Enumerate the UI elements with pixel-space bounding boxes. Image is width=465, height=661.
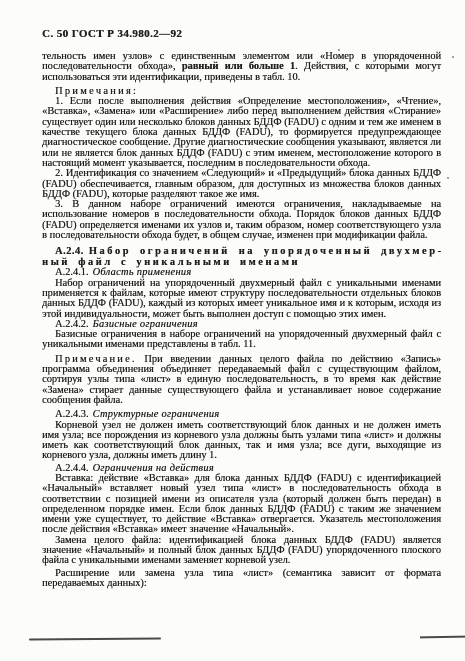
paragraph-a241: Набор ограничений на упорядоченный двухм… <box>42 279 441 320</box>
page-header: С. 50 ГОСТ Р 34.980.2—92 <box>42 28 182 40</box>
scan-artifact-line-left <box>29 638 161 641</box>
scan-noise-dot <box>452 56 454 58</box>
continuation-paragraph: тельность имен узлов» с единственным эле… <box>42 52 441 83</box>
scan-noise-dot <box>338 49 340 51</box>
subsection-number: А.2.4.1. <box>55 267 88 278</box>
note-item-1: 1. Если после выполнения действия «Опред… <box>42 97 441 169</box>
section-number: А.2.4. <box>55 246 84 257</box>
paragraph-a242: Базисные ограничения в наборе ограничени… <box>42 330 441 351</box>
section-heading-a24: А.2.4.Набор ограничений на упорядоченный… <box>42 246 441 268</box>
note-paragraph-a242: Примечание. При введении данных целого ф… <box>42 355 441 406</box>
document-content: тельность имен узлов» с единственным эле… <box>42 52 441 589</box>
subsection-title: Область применения <box>92 267 191 278</box>
note-item-3: 3. В данном наборе ограничений имеются о… <box>42 200 441 241</box>
scanned-document-page: С. 50 ГОСТ Р 34.980.2—92 тельность имен … <box>0 0 465 661</box>
paragraph-a244-extend: Расширение или замена узла типа «лист» (… <box>42 569 441 590</box>
note-item-2: 2. Идентификация со значением «Следующий… <box>42 169 441 200</box>
section-title: Набор ограничений на упорядоченный двухм… <box>42 246 441 268</box>
scan-artifact-line-right <box>420 636 465 638</box>
paragraph-a243: Корневой узел не должен иметь соответств… <box>42 421 441 462</box>
scan-noise-dot <box>447 177 449 179</box>
subsection-title: Структурные ограничения <box>92 409 219 420</box>
paragraph-a244-insert: Вставка: действие «Вставка» для блока да… <box>42 474 441 536</box>
paragraph-a244-replace: Замена целого файла: идентификацией блок… <box>42 536 441 567</box>
subsection-heading-a243: А.2.4.3.Структурные ограничения <box>42 410 441 420</box>
subsection-number: А.2.4.3. <box>55 409 88 420</box>
